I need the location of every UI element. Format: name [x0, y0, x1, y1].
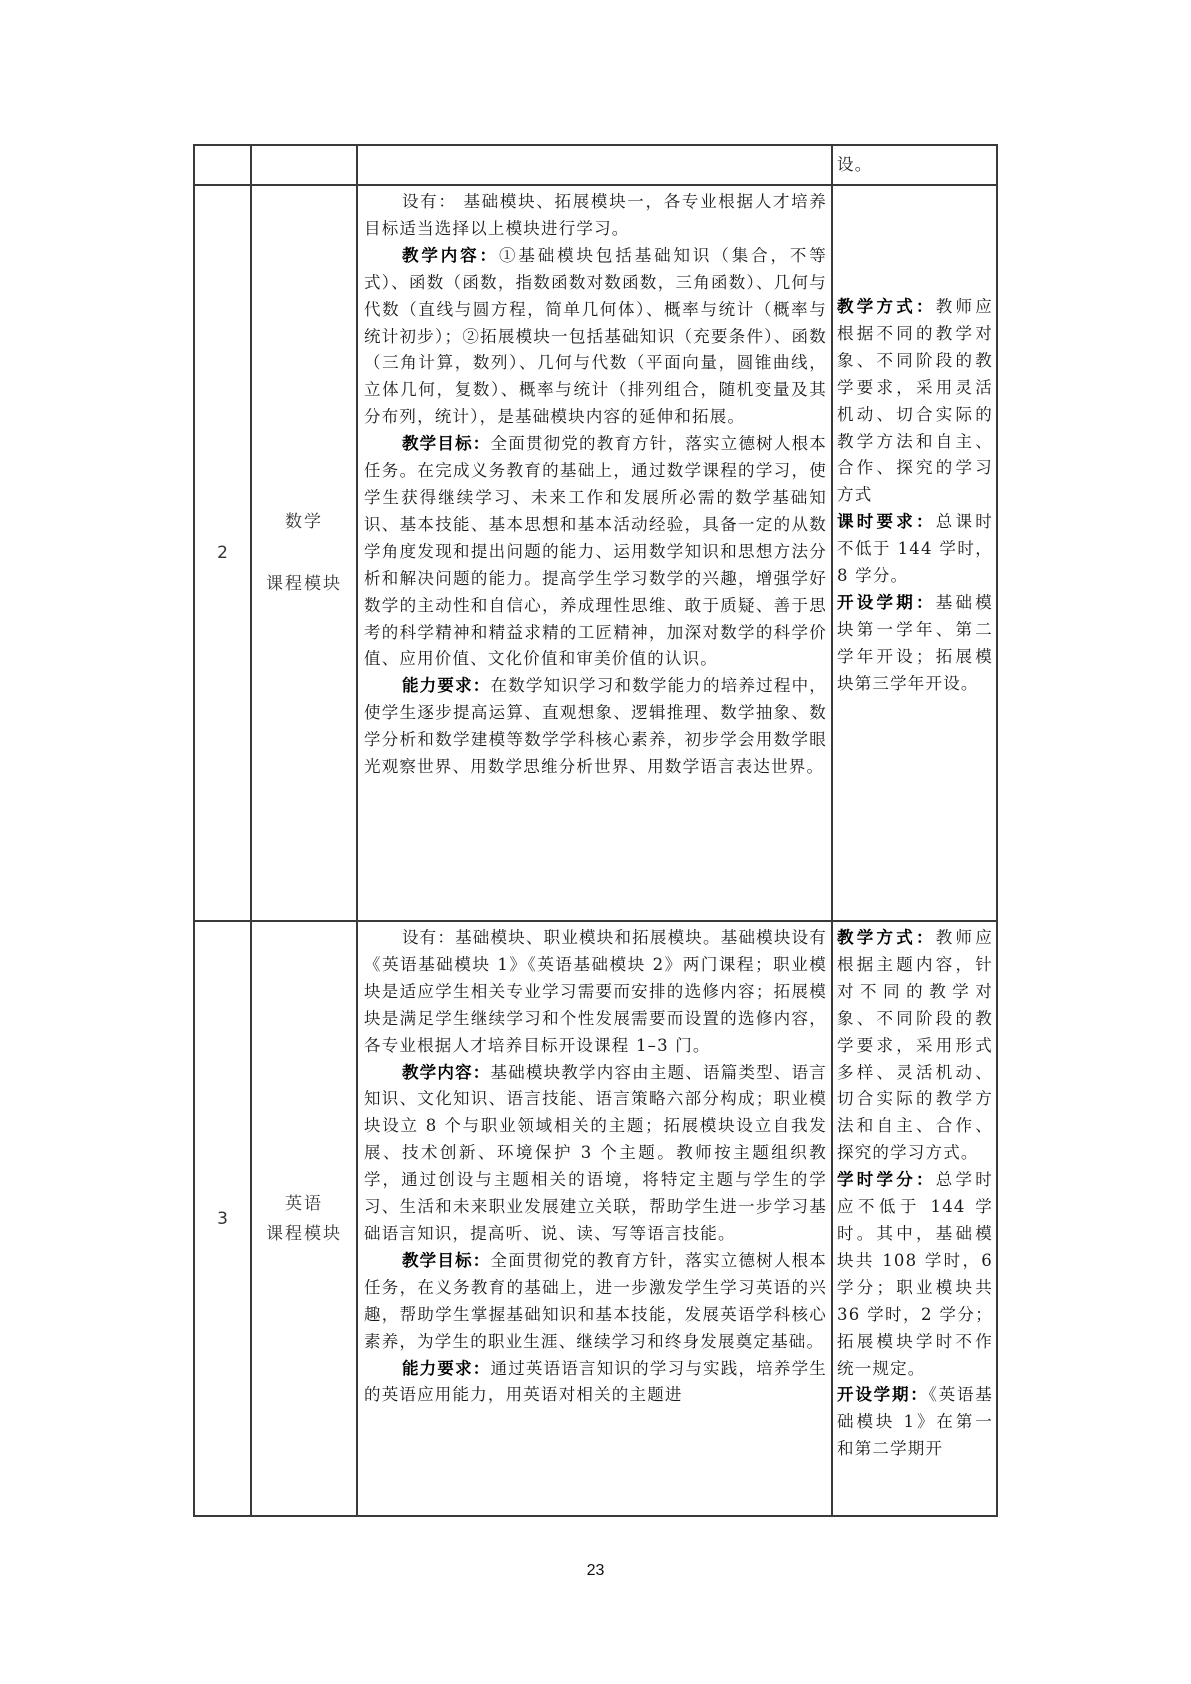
module-name: 英语 — [252, 1189, 356, 1219]
curriculum-table: 设。 2 数学 课程模块 设有： 基础模块、拓展模块一，各专业根据人才培养目标适… — [193, 144, 998, 1517]
index-cell — [194, 145, 251, 185]
requirement-item: 学时学分：总学时应不低于 144 学时。其中，基础模块共 108 学时，6 学分… — [837, 1167, 993, 1382]
content-paragraph: 能力要求：通过英语语言知识的学习与实践，培养学生的英语应用能力，用英语对相关的主… — [364, 1356, 827, 1410]
content-cell: 设有：基础模块、职业模块和拓展模块。基础模块设有《英语基础模块 1》《英语基础模… — [357, 921, 832, 1516]
table-row-english: 3 英语 课程模块 设有：基础模块、职业模块和拓展模块。基础模块设有《英语基础模… — [194, 921, 997, 1516]
requirement-item: 开设学期：基础模块第一学年、第二学年开设；拓展模块第三学年开设。 — [837, 590, 993, 698]
content-paragraph: 教学内容：①基础模块包括基础知识（集合，不等式）、函数（函数，指数函数对数函数，… — [364, 243, 827, 431]
page-number: 23 — [0, 1562, 1191, 1580]
requirement-item: 课时要求：总课时不低于 144 学时，8 学分。 — [837, 509, 993, 590]
module-name: 数学 — [252, 507, 356, 537]
requirement-item: 教学方式：教师应根据主题内容，针对不同的教学对象、不同阶段的教学要求，采用形式多… — [837, 925, 993, 1167]
module-cell — [251, 145, 357, 185]
content-paragraph: 教学目标：全面贯彻党的教育方针，落实立德树人根本任务，在义务教育的基础上，进一步… — [364, 1248, 827, 1356]
requirements-cell: 设。 — [832, 145, 997, 185]
index-cell: 2 — [194, 185, 251, 921]
table-row-math: 2 数学 课程模块 设有： 基础模块、拓展模块一，各专业根据人才培养目标适当选择… — [194, 185, 997, 921]
module-cell: 英语 课程模块 — [251, 921, 357, 1516]
content-paragraph: 教学内容：基础模块教学内容由主题、语篇类型、语言知识、文化知识、语言技能、语言策… — [364, 1060, 827, 1248]
index-cell: 3 — [194, 921, 251, 1516]
content-cell — [357, 145, 832, 185]
module-type: 课程模块 — [252, 1219, 356, 1249]
requirement-item: 开设学期：《英语基础模块 1》在第一和第二学期开 — [837, 1382, 993, 1463]
module-cell: 数学 课程模块 — [251, 185, 357, 921]
requirements-text: 设。 — [837, 152, 993, 179]
table-row-continued: 设。 — [194, 145, 997, 185]
requirement-item: 教学方式：教师应根据不同的教学对象、不同阶段的教学要求，采用灵活机动、切合实际的… — [837, 294, 993, 509]
content-paragraph: 设有：基础模块、职业模块和拓展模块。基础模块设有《英语基础模块 1》《英语基础模… — [364, 925, 827, 1060]
content-paragraph: 设有： 基础模块、拓展模块一，各专业根据人才培养目标适当选择以上模块进行学习。 — [364, 189, 827, 243]
content-paragraph: 教学目标：全面贯彻党的教育方针，落实立德树人根本任务。在完成义务教育的基础上，通… — [364, 431, 827, 673]
requirements-cell: 教学方式：教师应根据主题内容，针对不同的教学对象、不同阶段的教学要求，采用形式多… — [832, 921, 997, 1516]
content-paragraph: 能力要求：在数学知识学习和数学能力的培养过程中，使学生逐步提高运算、直观想象、逻… — [364, 673, 827, 781]
requirements-cell: 教学方式：教师应根据不同的教学对象、不同阶段的教学要求，采用灵活机动、切合实际的… — [832, 185, 997, 921]
content-cell: 设有： 基础模块、拓展模块一，各专业根据人才培养目标适当选择以上模块进行学习。 … — [357, 185, 832, 921]
module-type: 课程模块 — [252, 569, 356, 599]
